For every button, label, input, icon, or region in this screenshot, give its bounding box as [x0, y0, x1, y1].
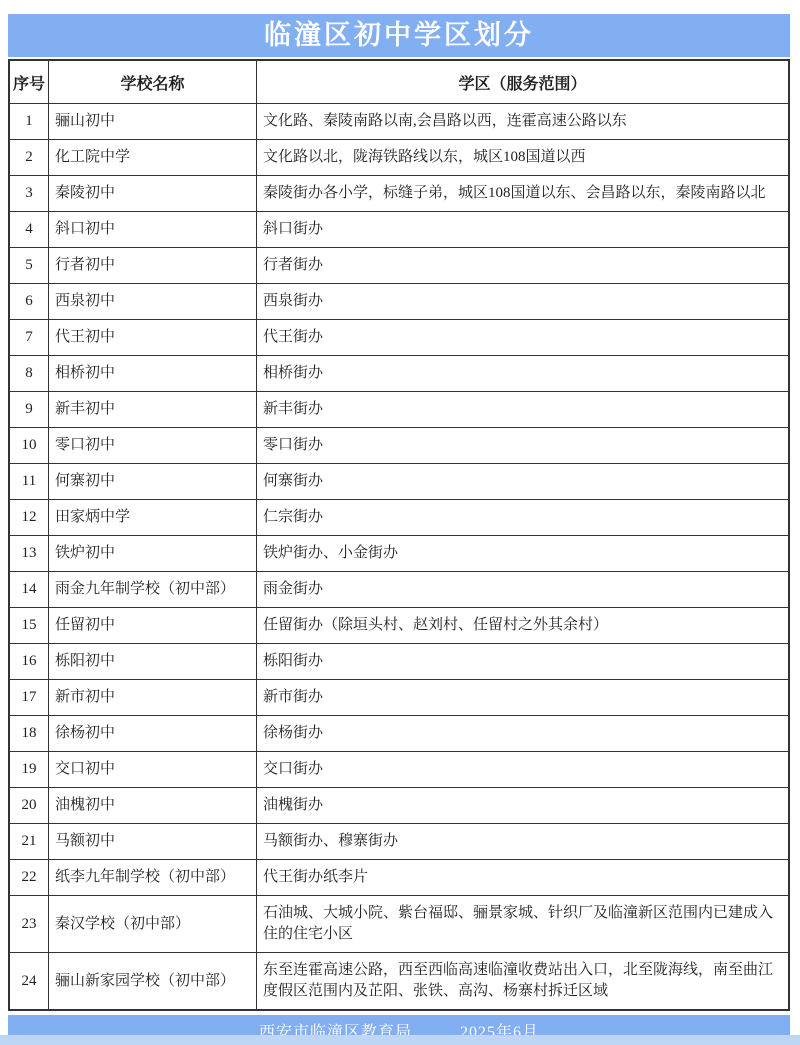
serial-number-cell: 21: [9, 824, 49, 860]
school-name-cell: 徐杨初中: [49, 716, 257, 752]
serial-number-cell: 6: [9, 284, 49, 320]
district-scope-cell: 雨金街办: [257, 572, 790, 608]
serial-number-cell: 15: [9, 608, 49, 644]
district-scope-cell: 秦陵街办各小学，标缝子弟，城区108国道以东、会昌路以东，秦陵南路以北: [257, 176, 790, 212]
serial-number-cell: 4: [9, 212, 49, 248]
table-row: 10零口初中零口街办: [9, 428, 789, 464]
table-row: 9新丰初中新丰街办: [9, 392, 789, 428]
table-row: 22纸李九年制学校（初中部）代王街办纸李片: [9, 860, 789, 896]
serial-number-cell: 22: [9, 860, 49, 896]
district-scope-cell: 油槐街办: [257, 788, 790, 824]
serial-number-cell: 11: [9, 464, 49, 500]
table-row: 24骊山新家园学校（初中部）东至连霍高速公路，西至西临高速临潼收费站出入口，北至…: [9, 953, 789, 1011]
district-scope-cell: 仁宗街办: [257, 500, 790, 536]
school-name-cell: 秦汉学校（初中部）: [49, 896, 257, 953]
district-scope-cell: 行者街办: [257, 248, 790, 284]
school-name-cell: 田家炳中学: [49, 500, 257, 536]
serial-number-cell: 7: [9, 320, 49, 356]
school-name-cell: 代王初中: [49, 320, 257, 356]
school-name-cell: 雨金九年制学校（初中部）: [49, 572, 257, 608]
table-row: 13铁炉初中铁炉街办、小金街办: [9, 536, 789, 572]
serial-number-cell: 2: [9, 140, 49, 176]
school-name-cell: 马额初中: [49, 824, 257, 860]
district-scope-cell: 西泉街办: [257, 284, 790, 320]
school-name-cell: 骊山新家园学校（初中部）: [49, 953, 257, 1011]
table-row: 18徐杨初中徐杨街办: [9, 716, 789, 752]
table-row: 21马额初中马额街办、穆寨街办: [9, 824, 789, 860]
school-table-body: 1骊山初中文化路、秦陵南路以南,会昌路以西，连霍高速公路以东2化工院中学文化路以…: [9, 104, 789, 1011]
serial-number-cell: 8: [9, 356, 49, 392]
school-name-cell: 骊山初中: [49, 104, 257, 140]
serial-number-cell: 10: [9, 428, 49, 464]
school-name-cell: 铁炉初中: [49, 536, 257, 572]
serial-number-cell: 19: [9, 752, 49, 788]
serial-number-cell: 17: [9, 680, 49, 716]
district-scope-cell: 零口街办: [257, 428, 790, 464]
table-row: 15任留初中任留街办（除垣头村、赵刘村、任留村之外其余村）: [9, 608, 789, 644]
serial-number-cell: 20: [9, 788, 49, 824]
district-scope-cell: 栎阳街办: [257, 644, 790, 680]
bottom-strip: [0, 1035, 800, 1045]
serial-number-cell: 18: [9, 716, 49, 752]
table-header: 序号 学校名称 学区（服务范围）: [9, 60, 789, 104]
school-district-table: 序号 学校名称 学区（服务范围） 1骊山初中文化路、秦陵南路以南,会昌路以西，连…: [8, 59, 790, 1011]
district-scope-cell: 铁炉街办、小金街办: [257, 536, 790, 572]
district-scope-cell: 任留街办（除垣头村、赵刘村、任留村之外其余村）: [257, 608, 790, 644]
district-scope-cell: 新丰街办: [257, 392, 790, 428]
table-row: 3秦陵初中秦陵街办各小学，标缝子弟，城区108国道以东、会昌路以东，秦陵南路以北: [9, 176, 789, 212]
district-scope-cell: 代王街办: [257, 320, 790, 356]
page-title: 临潼区初中学区划分: [8, 14, 790, 57]
table-row: 5行者初中行者街办: [9, 248, 789, 284]
serial-number-cell: 14: [9, 572, 49, 608]
serial-number-cell: 1: [9, 104, 49, 140]
table-row: 14雨金九年制学校（初中部）雨金街办: [9, 572, 789, 608]
table-row: 23秦汉学校（初中部）石油城、大城小院、紫台福邸、骊景家城、针织厂及临潼新区范围…: [9, 896, 789, 953]
school-name-cell: 化工院中学: [49, 140, 257, 176]
district-scope-cell: 文化路以北，陇海铁路线以东，城区108国道以西: [257, 140, 790, 176]
district-scope-cell: 文化路、秦陵南路以南,会昌路以西，连霍高速公路以东: [257, 104, 790, 140]
school-name-cell: 斜口初中: [49, 212, 257, 248]
header-serial-number: 序号: [9, 60, 49, 104]
school-name-cell: 行者初中: [49, 248, 257, 284]
table-row: 1骊山初中文化路、秦陵南路以南,会昌路以西，连霍高速公路以东: [9, 104, 789, 140]
serial-number-cell: 5: [9, 248, 49, 284]
serial-number-cell: 16: [9, 644, 49, 680]
school-name-cell: 新市初中: [49, 680, 257, 716]
table-header-row: 序号 学校名称 学区（服务范围）: [9, 60, 789, 104]
school-name-cell: 交口初中: [49, 752, 257, 788]
school-name-cell: 零口初中: [49, 428, 257, 464]
serial-number-cell: 13: [9, 536, 49, 572]
district-scope-cell: 相桥街办: [257, 356, 790, 392]
district-scope-cell: 石油城、大城小院、紫台福邸、骊景家城、针织厂及临潼新区范围内已建成入住的住宅小区: [257, 896, 790, 953]
table-row: 17新市初中新市街办: [9, 680, 789, 716]
school-name-cell: 何寨初中: [49, 464, 257, 500]
school-name-cell: 西泉初中: [49, 284, 257, 320]
table-row: 11何寨初中何寨街办: [9, 464, 789, 500]
table-row: 8相桥初中相桥街办: [9, 356, 789, 392]
table-row: 6西泉初中西泉街办: [9, 284, 789, 320]
serial-number-cell: 23: [9, 896, 49, 953]
school-name-cell: 新丰初中: [49, 392, 257, 428]
serial-number-cell: 12: [9, 500, 49, 536]
district-scope-cell: 东至连霍高速公路，西至西临高速临潼收费站出入口，北至陇海线，南至曲江度假区范围内…: [257, 953, 790, 1011]
header-district-scope: 学区（服务范围）: [257, 60, 790, 104]
serial-number-cell: 24: [9, 953, 49, 1011]
district-scope-cell: 马额街办、穆寨街办: [257, 824, 790, 860]
serial-number-cell: 3: [9, 176, 49, 212]
district-scope-cell: 新市街办: [257, 680, 790, 716]
table-row: 19交口初中交口街办: [9, 752, 789, 788]
district-scope-cell: 代王街办纸李片: [257, 860, 790, 896]
table-row: 4斜口初中斜口街办: [9, 212, 789, 248]
school-name-cell: 纸李九年制学校（初中部）: [49, 860, 257, 896]
header-school-name: 学校名称: [49, 60, 257, 104]
table-row: 12田家炳中学仁宗街办: [9, 500, 789, 536]
serial-number-cell: 9: [9, 392, 49, 428]
table-row: 20油槐初中油槐街办: [9, 788, 789, 824]
school-name-cell: 相桥初中: [49, 356, 257, 392]
school-name-cell: 任留初中: [49, 608, 257, 644]
page: 临潼区初中学区划分 序号 学校名称 学区（服务范围） 1骊山初中文化路、秦陵南路…: [8, 14, 790, 1045]
school-name-cell: 秦陵初中: [49, 176, 257, 212]
district-scope-cell: 何寨街办: [257, 464, 790, 500]
district-scope-cell: 斜口街办: [257, 212, 790, 248]
table-row: 7代王初中代王街办: [9, 320, 789, 356]
district-scope-cell: 交口街办: [257, 752, 790, 788]
school-name-cell: 油槐初中: [49, 788, 257, 824]
table-row: 2化工院中学文化路以北，陇海铁路线以东，城区108国道以西: [9, 140, 789, 176]
table-row: 16栎阳初中栎阳街办: [9, 644, 789, 680]
school-name-cell: 栎阳初中: [49, 644, 257, 680]
district-scope-cell: 徐杨街办: [257, 716, 790, 752]
